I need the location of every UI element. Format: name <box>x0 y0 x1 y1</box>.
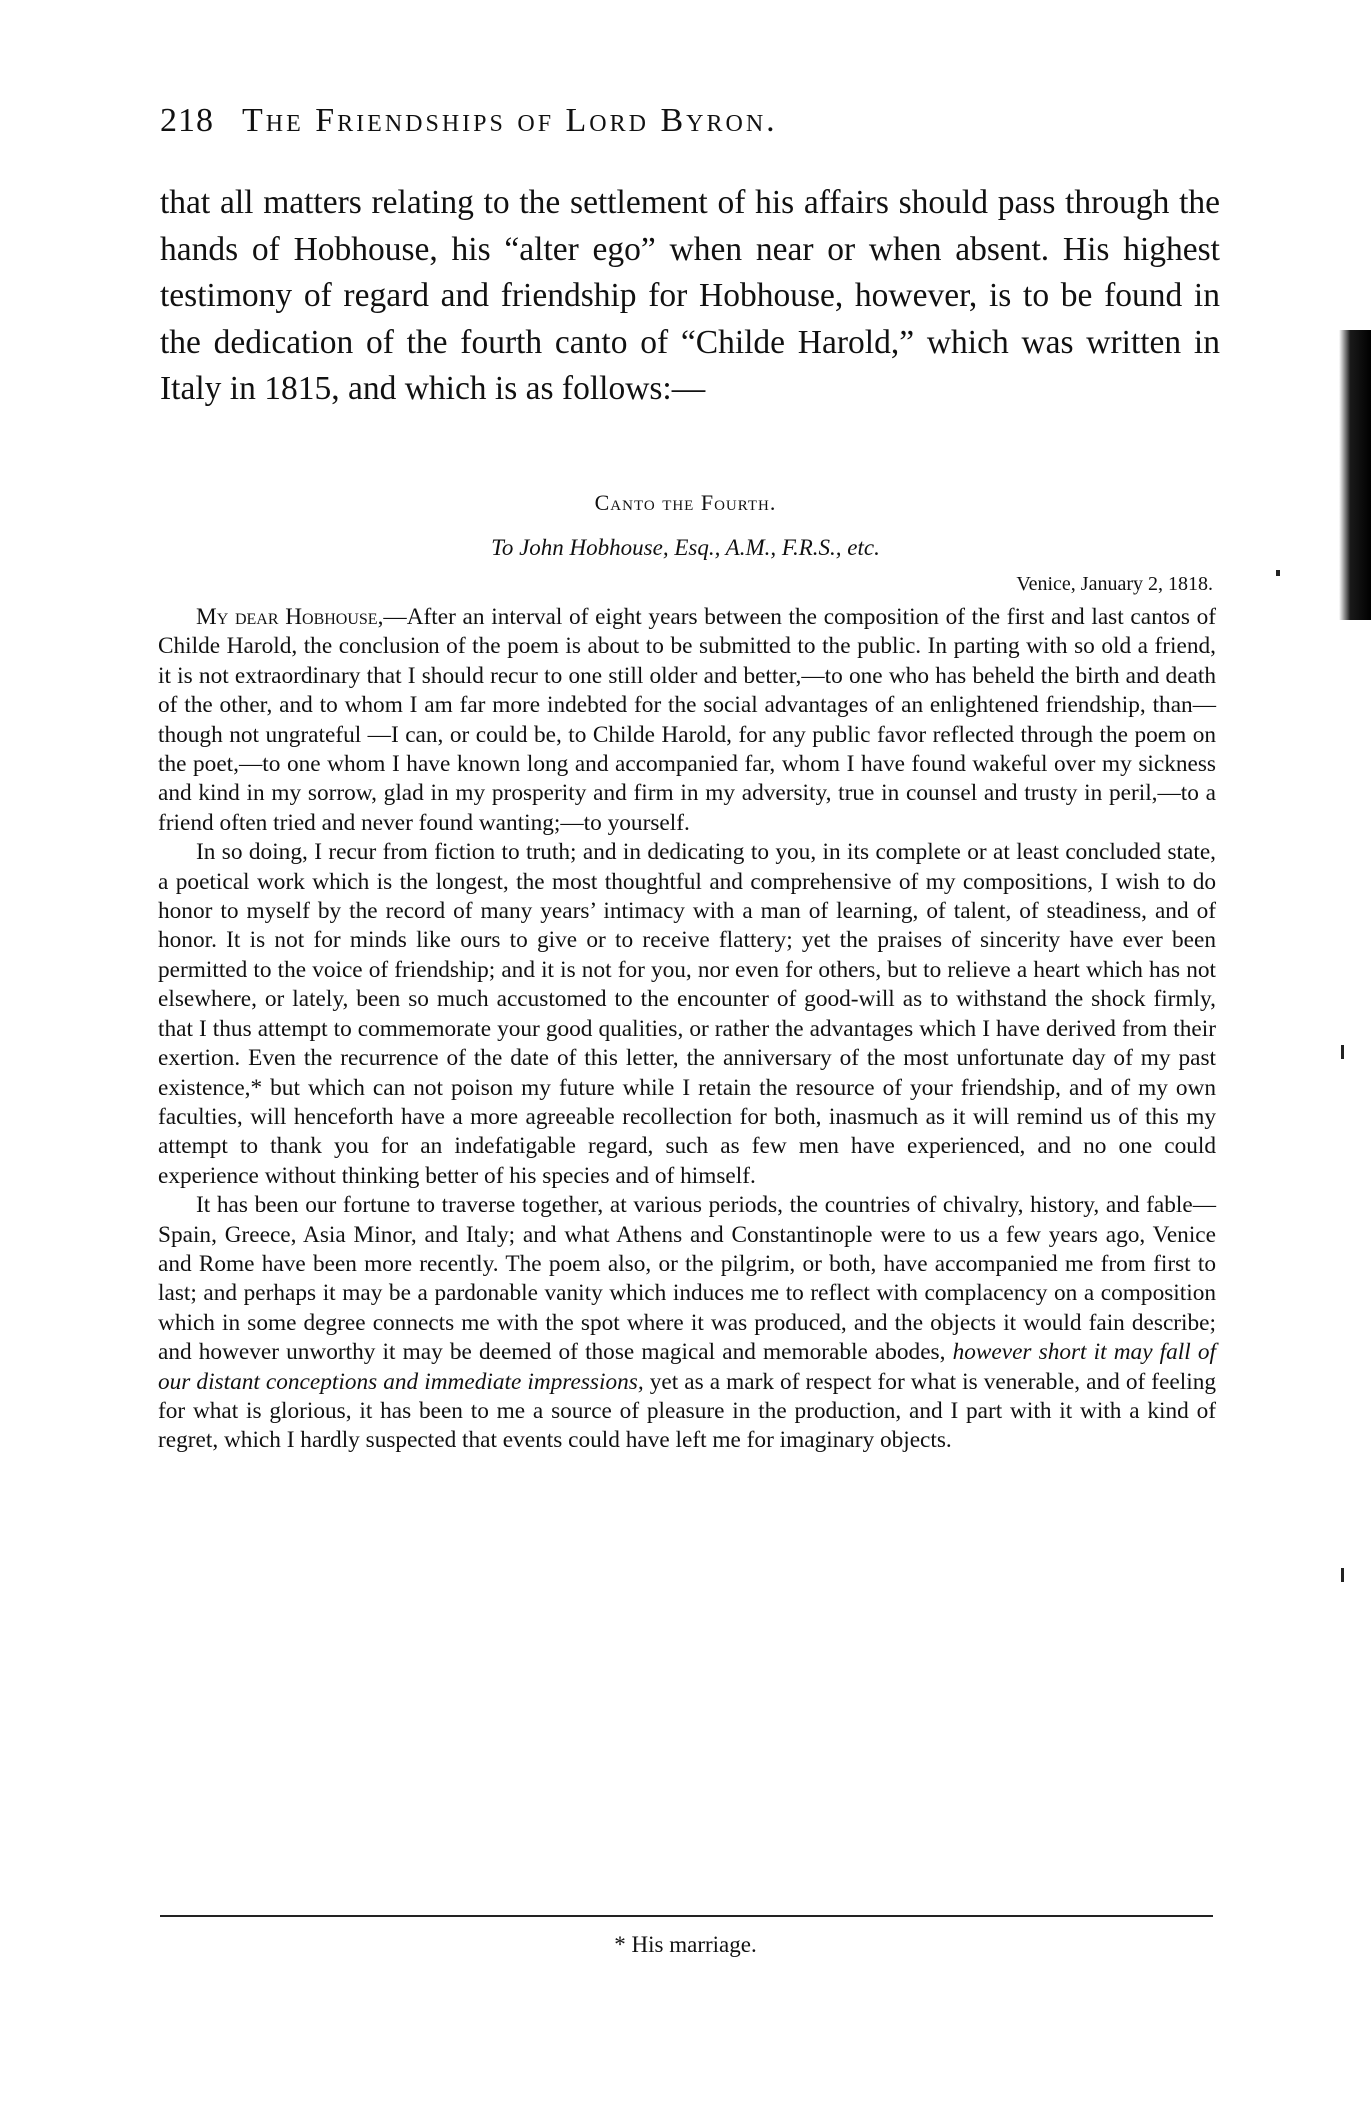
footnote-rule <box>160 1915 1213 1917</box>
dedication-place-date: Venice, January 2, 1818. <box>900 573 1213 596</box>
letter-paragraph-3: It has been our fortune to traverse toge… <box>158 1191 1216 1456</box>
scan-speck <box>1276 570 1280 576</box>
page-number: 218 <box>160 102 214 139</box>
scan-speck <box>1341 1045 1344 1059</box>
running-head: 218The Friendships of Lord Byron. <box>160 102 778 140</box>
footnote: * His marriage. <box>0 1932 1371 1958</box>
scan-speck <box>1341 1568 1344 1582</box>
letter-paragraph-2: In so doing, I recur from fiction to tru… <box>158 838 1216 1191</box>
dedication-addressee: To John Hobhouse, Esq., A.M., F.R.S., et… <box>0 535 1371 561</box>
dedication-heading: Canto the Fourth. <box>0 490 1371 516</box>
intro-text: that all matters relating to the settlem… <box>160 180 1220 413</box>
book-title: The Friendships of Lord Byron. <box>242 102 778 139</box>
intro-paragraph: that all matters relating to the settlem… <box>160 180 1220 413</box>
salutation: My dear Hobhouse, <box>196 604 383 630</box>
letter-paragraph-1: My dear Hobhouse,—After an interval of e… <box>158 603 1216 838</box>
dedication-letter: My dear Hobhouse,—After an interval of e… <box>158 603 1216 1456</box>
scan-edge-shadow <box>1339 330 1371 620</box>
book-page: 218The Friendships of Lord Byron. that a… <box>0 0 1371 2128</box>
letter-paragraph-1-text: —After an interval of eight years betwee… <box>158 604 1216 836</box>
